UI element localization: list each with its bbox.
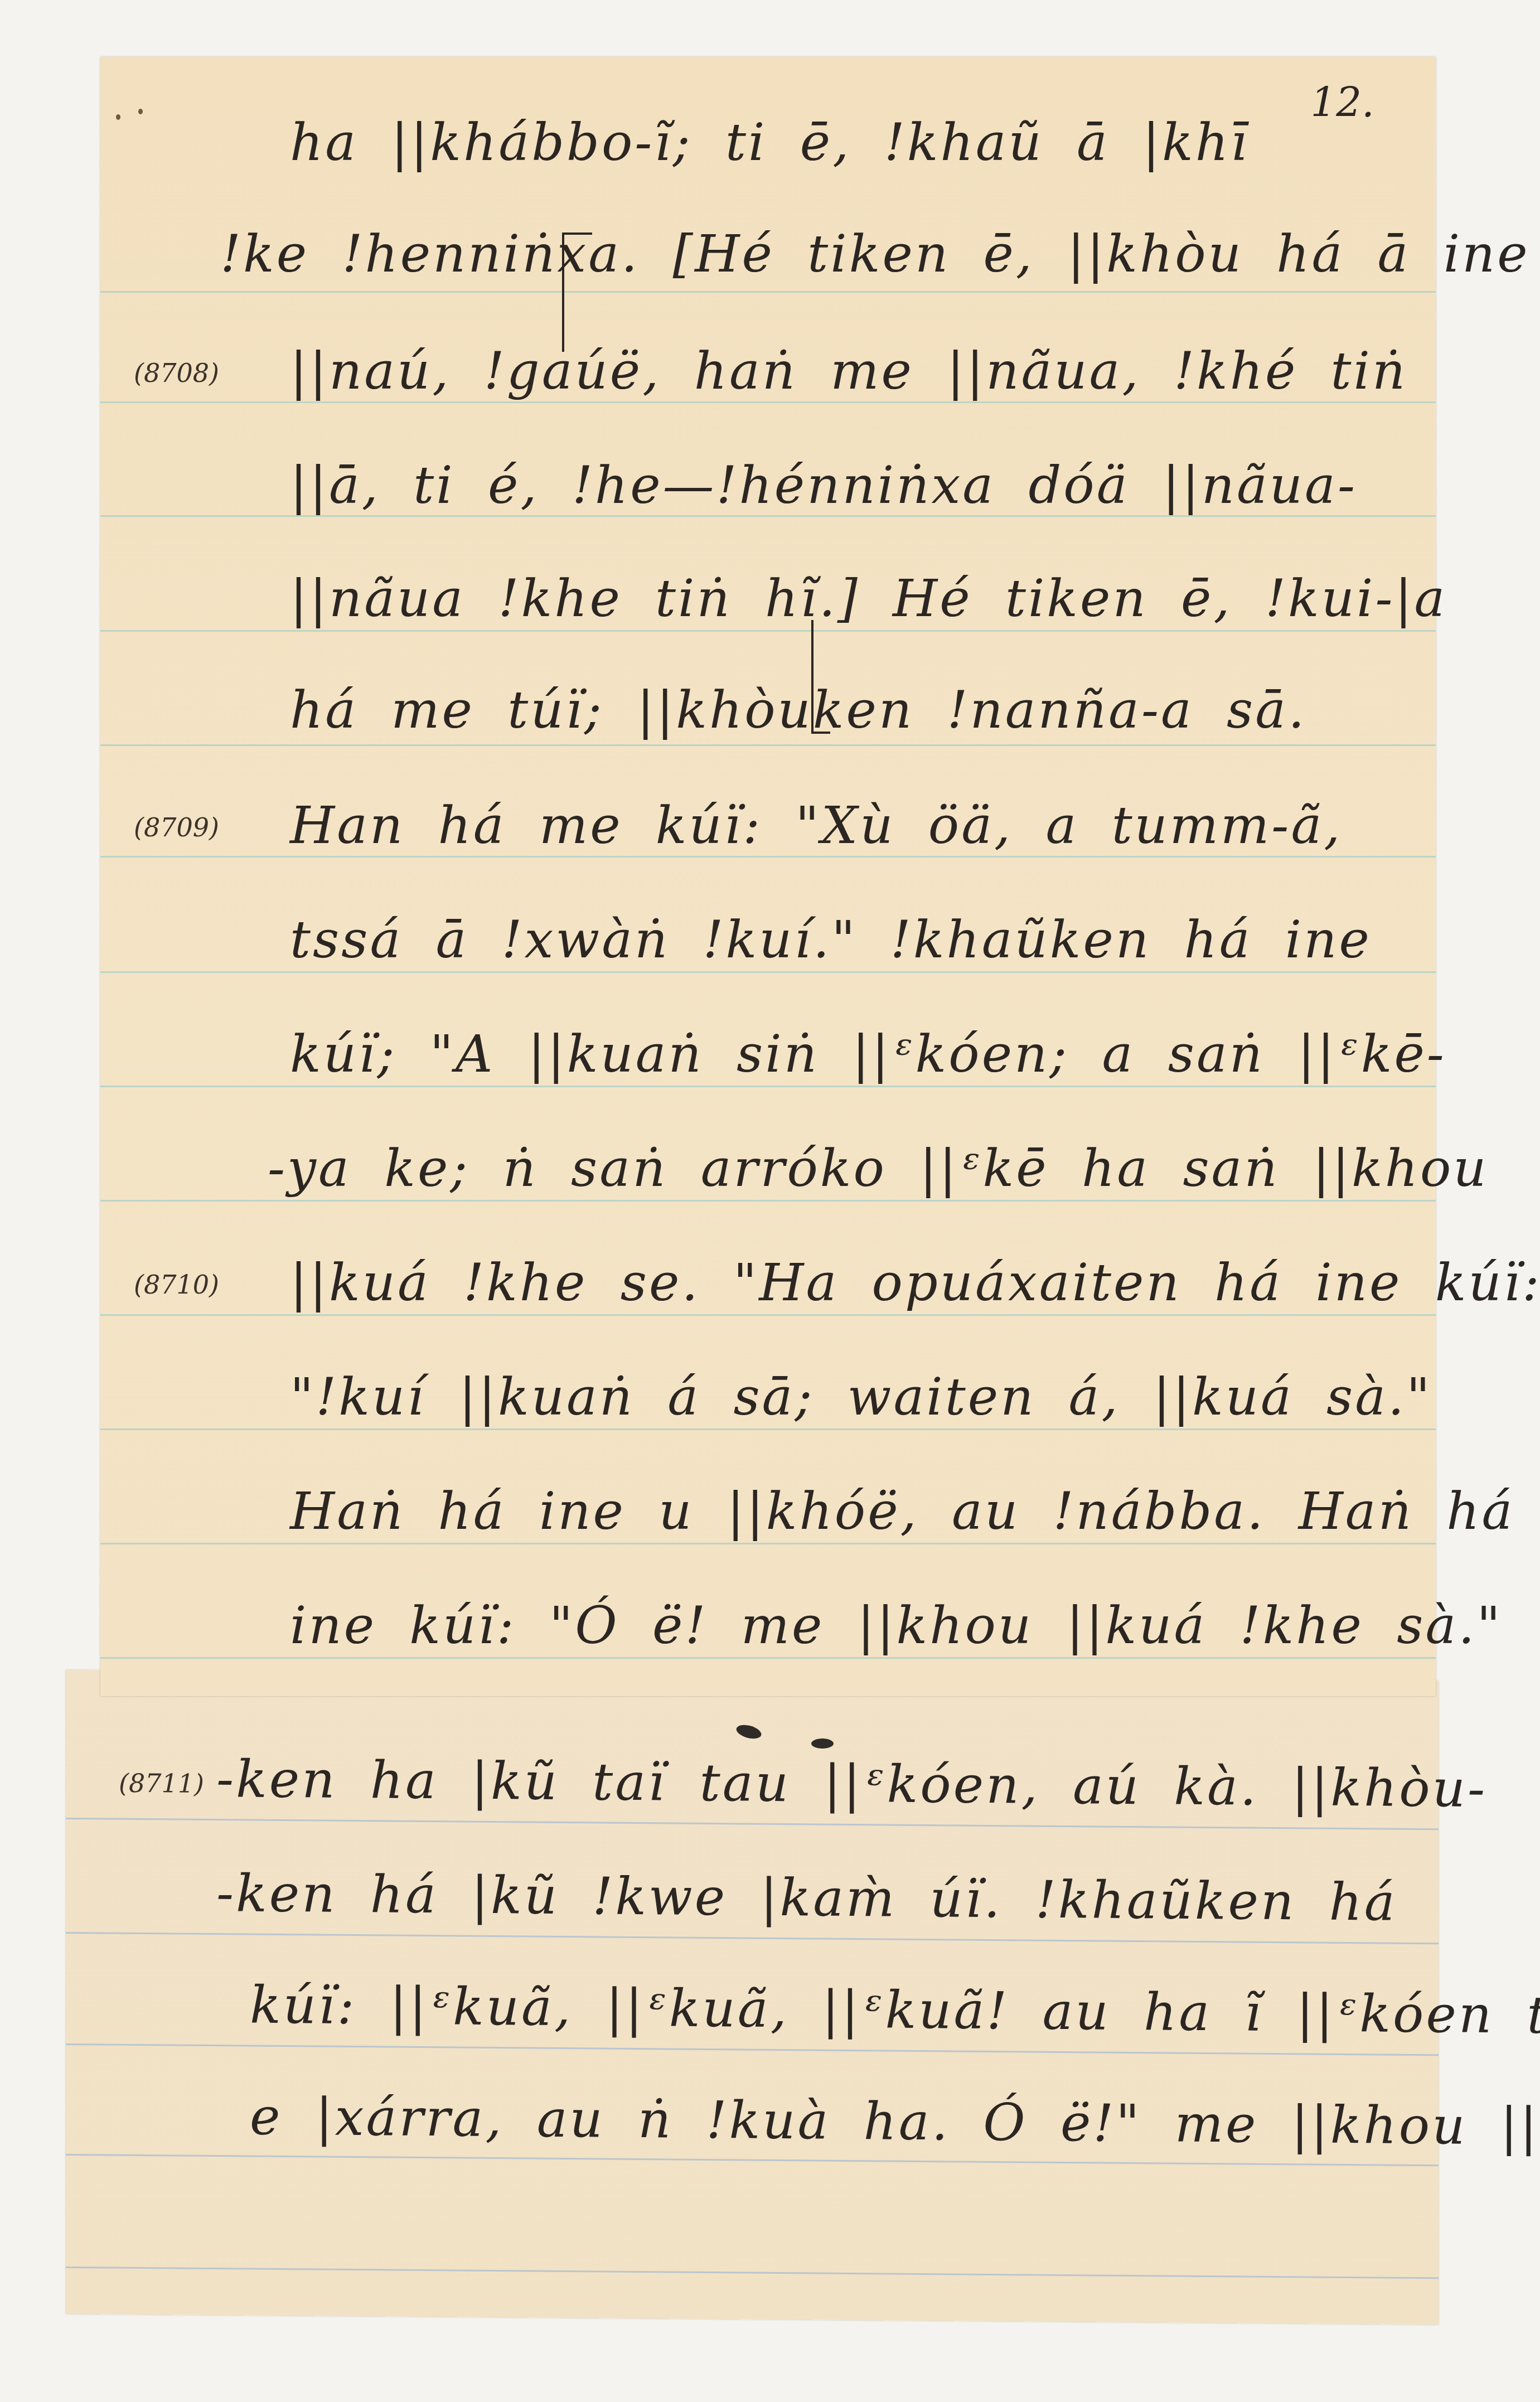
ruled-line — [100, 515, 1436, 517]
main-manuscript-sheet: 12. ha ||khábbo-ĩ; ti ē, !khaũ ā |khī !k… — [100, 57, 1436, 1696]
paper-speck — [116, 114, 120, 120]
paper-speck — [138, 109, 143, 114]
manuscript-line-4: ||ā, ti é, !he—!hénniṅxa dóä ||nãua- — [290, 456, 1357, 515]
margin-reference-8708: (8708) — [134, 358, 219, 388]
slip-line-1: -ken ha |kũ taï tau ||ᵋkóen, aú kà. ||kh… — [216, 1749, 1487, 1819]
ruled-line — [66, 2154, 1439, 2166]
slip-line-3: kúï: ||ᵋkuã, ||ᵋkuã, ||ᵋkuã! au ha ĩ ||ᵋ… — [250, 1975, 1540, 2046]
ruled-line — [100, 971, 1436, 973]
slip-line-2: -ken há |kũ !kwe |kam̀ úï. !khaũken há — [216, 1863, 1397, 1933]
manuscript-line-14: ine kúï: "Ó ë! me ||khou ||kuá !khe sà."… — [290, 1596, 1540, 1655]
ruled-line — [100, 1200, 1436, 1202]
bracket-open-mark — [562, 233, 592, 352]
manuscript-line-5: ||nãua !khe tiṅ hĩ.] Hé tiken ē, !kui-|a — [290, 569, 1447, 628]
manuscript-line-11: ||kuá !khe se. "Ha opuáxaiten há ine kúï… — [290, 1253, 1540, 1313]
margin-reference-8710: (8710) — [134, 1270, 219, 1300]
manuscript-line-1: ha ||khábbo-ĩ; ti ē, !khaũ ā |khī — [290, 113, 1250, 172]
slip-line-4: e |xárra, au ṅ !kuà ha. Ó ë!" me ||khou … — [250, 2087, 1540, 2158]
ruled-line — [66, 2267, 1439, 2279]
ruled-line — [66, 2043, 1439, 2056]
ruled-line — [100, 1314, 1436, 1316]
ruled-line — [100, 1543, 1436, 1544]
bracket-close-mark — [811, 620, 830, 734]
manuscript-line-12: "!kuí ||kuaṅ á sā; waiten á, ||kuá sà." — [290, 1367, 1432, 1427]
ruled-line — [100, 744, 1436, 746]
manuscript-line-3: ||naú, !gaúë, haṅ me ||nãua, !khé tiṅ — [290, 341, 1407, 401]
ruled-line — [66, 1932, 1439, 1944]
ruled-line — [100, 1428, 1436, 1430]
manuscript-line-10: -ya ke; ṅ saṅ arróko ||ᵋkē ha saṅ ||khou — [268, 1139, 1489, 1198]
manuscript-line-8: tssá ā !xwàṅ !kuí." !khaũken há ine — [290, 910, 1372, 970]
manuscript-line-2: !ke !henniṅxa. [Hé tiken ē, ||khòu há ā … — [220, 224, 1530, 284]
page-number: 12. — [1310, 79, 1374, 126]
ruled-line — [100, 630, 1436, 632]
pin-mark — [811, 1738, 834, 1749]
ruled-line — [100, 401, 1436, 403]
manuscript-line-9: kúï; "A ||kuaṅ siṅ ||ᵋkóen; a saṅ ||ᵋkē- — [290, 1024, 1446, 1084]
ruled-line — [66, 1818, 1439, 1830]
ruled-line — [100, 856, 1436, 858]
ruled-line — [100, 1086, 1436, 1087]
ruled-line — [100, 291, 1436, 293]
manuscript-line-13: Haṅ há ine u ||khóë, au !nábba. Haṅ há — [290, 1481, 1514, 1541]
manuscript-line-7: Han há me kúï: "Xù öä, a tumm-ã, — [290, 796, 1343, 855]
margin-reference-8711: (8711) — [119, 1768, 204, 1799]
margin-reference-8709: (8709) — [134, 812, 219, 842]
manuscript-line-6: há me túï; ||khòuken !nanña-a sā. — [290, 680, 1306, 740]
ruled-line — [100, 1657, 1436, 1659]
pasted-slip-sheet: (8711) -ken ha |kũ taï tau ||ᵋkóen, aú k… — [66, 1670, 1439, 2324]
